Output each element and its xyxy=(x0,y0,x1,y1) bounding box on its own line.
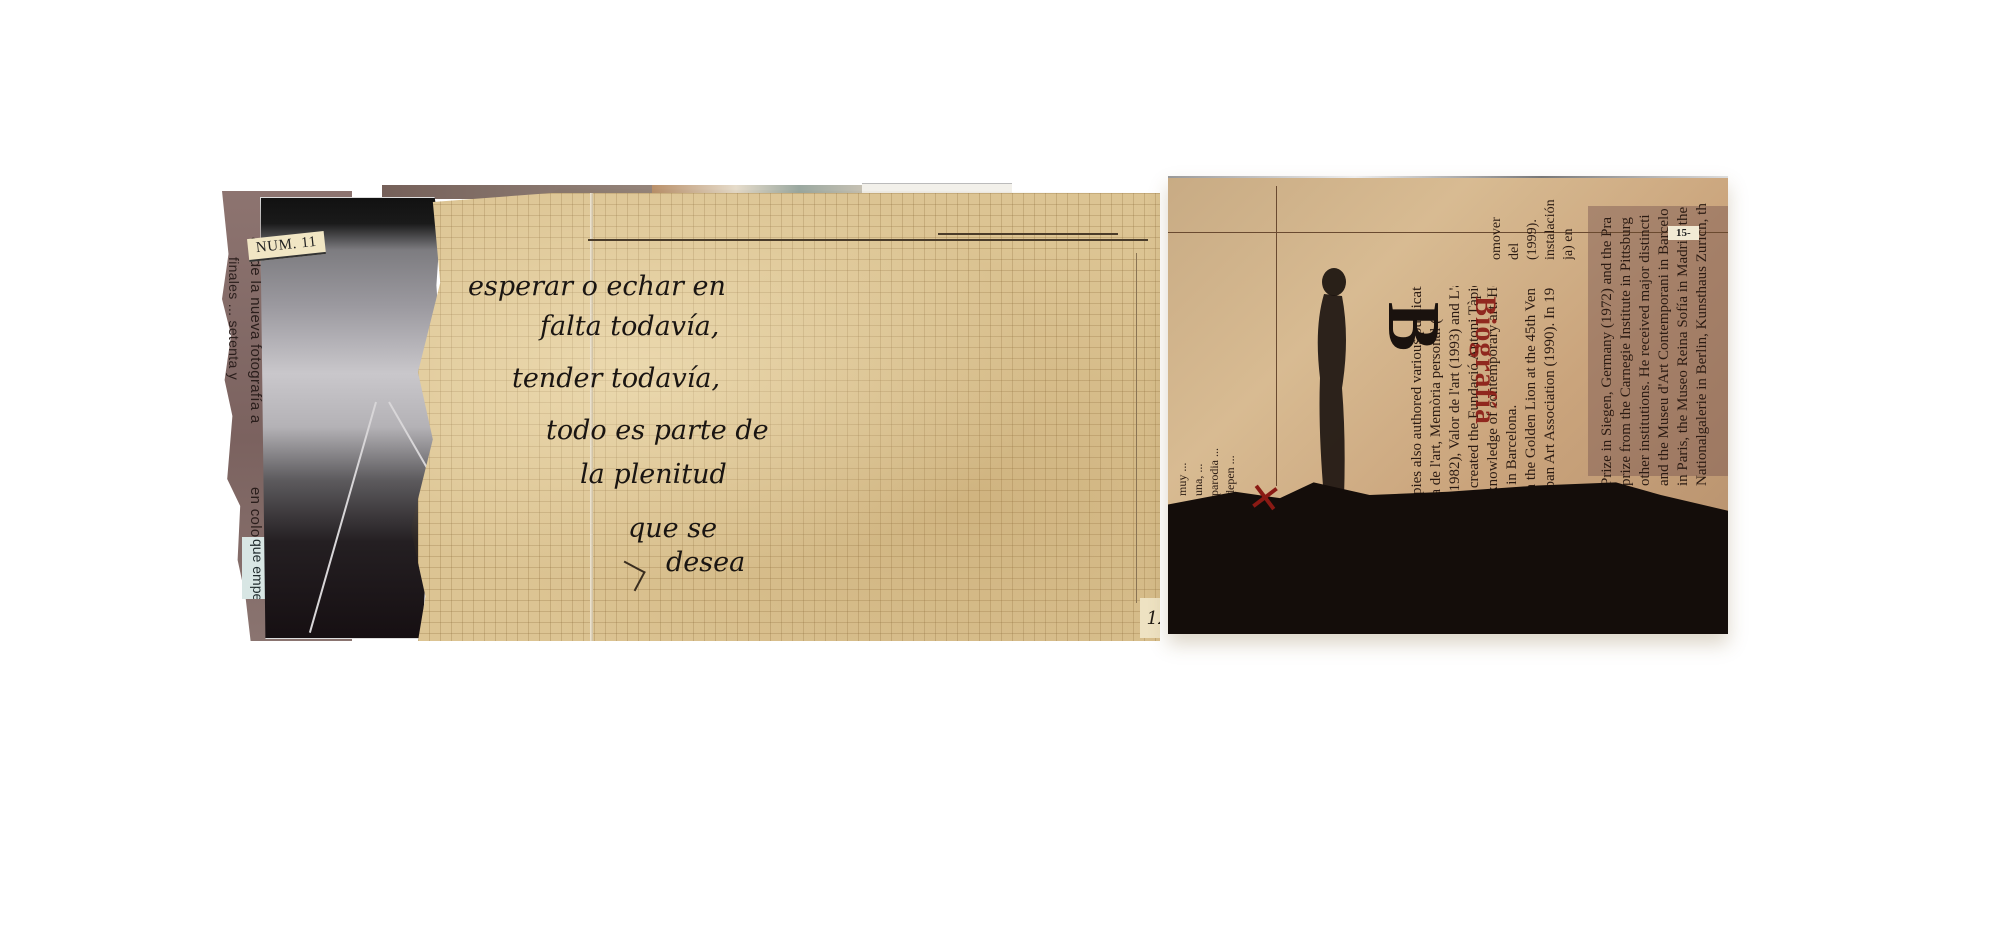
handwriting-line: esperar o echar en xyxy=(468,273,726,300)
text-line: other institutions. He received major di… xyxy=(1636,196,1655,486)
standing-figure-silhouette xyxy=(1306,268,1356,498)
newspaper-strip-text: que empe xyxy=(244,539,266,599)
left-spread: ad de la nueva fotografía a finales ... … xyxy=(222,187,1162,645)
red-title-text: Biografía xyxy=(1468,296,1502,496)
text-line: prize from the Carnegie Institute in Pit… xyxy=(1617,196,1636,486)
handwriting-line: tender todavía, xyxy=(512,365,720,392)
ruled-line-vertical xyxy=(1136,253,1137,603)
number-tag: 15- xyxy=(1668,226,1699,240)
text-line: parodia ... xyxy=(1206,296,1222,496)
railway-photo xyxy=(260,197,440,639)
page-stack-edge xyxy=(1168,176,1728,178)
handwriting-line: la plenitud xyxy=(580,461,727,488)
text-line: depen ... xyxy=(1222,296,1238,496)
handwriting-line: que se xyxy=(628,515,717,542)
newspaper-vertical-text-2: finales ... setenta y xyxy=(224,257,242,397)
text-line: instalación xyxy=(1542,180,1560,260)
red-x-mark: ✕ xyxy=(1245,474,1285,524)
text-line: omover xyxy=(1488,180,1506,260)
top-text-fragment: omover del (1999). instalación ja) en xyxy=(1488,180,1588,260)
rail-left xyxy=(309,402,377,633)
ruled-line xyxy=(588,239,1148,241)
text-line: muy ... xyxy=(1174,296,1190,496)
graph-paper-sheet: esperar o echar en falta todavía, tender… xyxy=(418,193,1160,641)
text-line: del xyxy=(1506,180,1524,260)
handwriting-line: falta todavía, xyxy=(540,313,719,340)
ruled-line-2 xyxy=(938,233,1118,235)
handwriting-line: desea xyxy=(666,549,745,576)
text-line: una, ... xyxy=(1190,296,1206,496)
ink-bracket-mark xyxy=(614,561,646,592)
text-line: (1999). xyxy=(1524,180,1542,260)
right-page: muy ... una, ... parodia ... depen ... o… xyxy=(1168,176,1728,634)
text-line: Prize in Siegen, Germany (1972) and the … xyxy=(1598,196,1617,486)
handwriting-line: todo es parte de xyxy=(546,417,769,444)
drop-cap: B xyxy=(1370,302,1455,351)
text-line: ja) en xyxy=(1560,180,1578,260)
english-text-column-2: Prize in Siegen, Germany (1972) and the … xyxy=(1598,196,1718,486)
